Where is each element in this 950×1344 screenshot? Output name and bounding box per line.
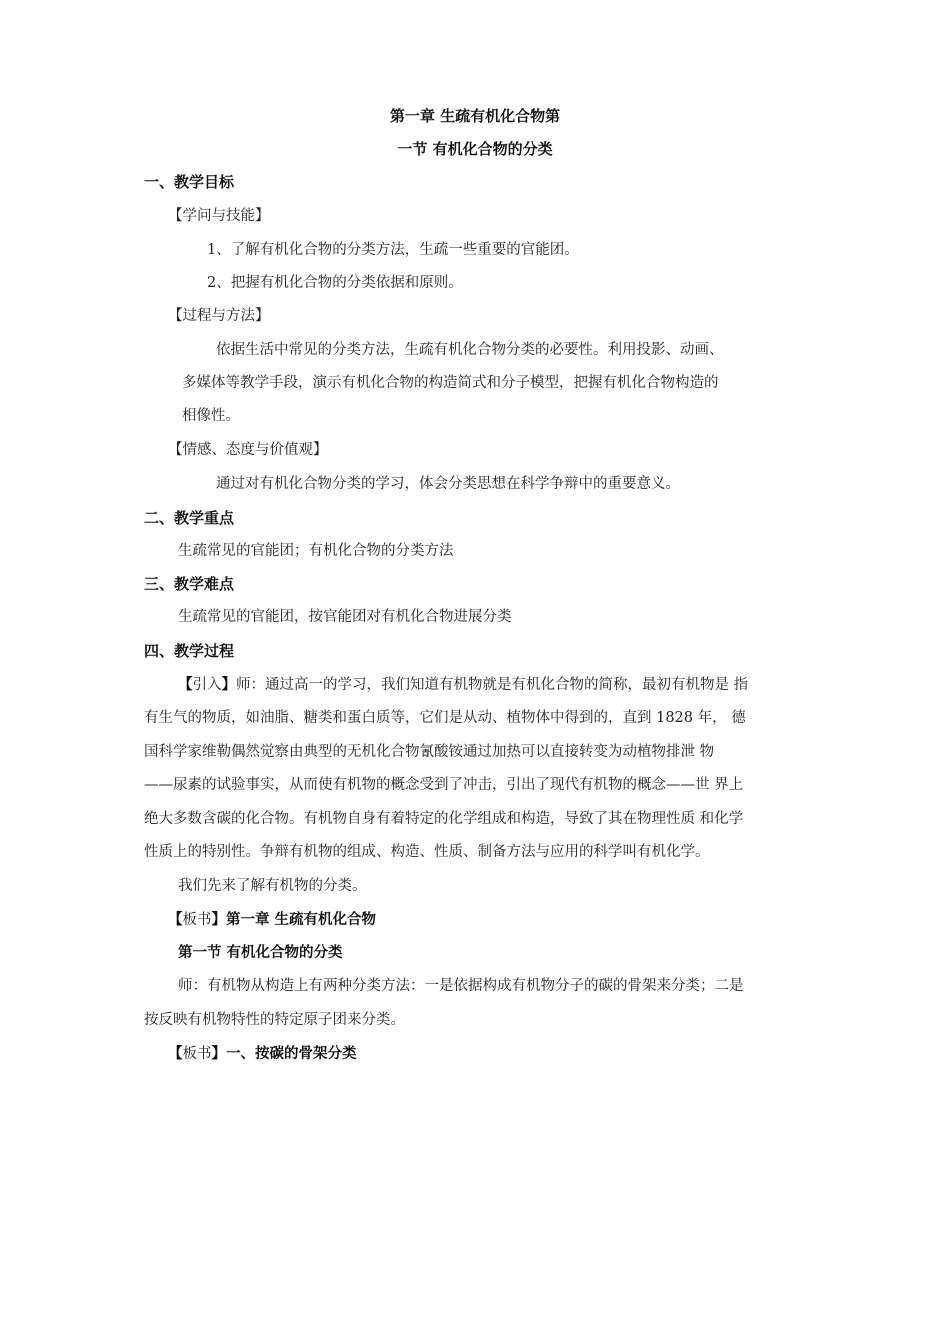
- intro-paragraph-line-3: 国科学家维勒偶然觉察由典型的无机化合物氰酸铵通过加热可以直接转变为动植物排泄 物: [144, 742, 714, 762]
- heading-difficulties: 三、教学难点: [144, 574, 234, 594]
- intro-paragraph-line-5: 绝大多数含碳的化合物。有机物自身有着特定的化学组成和构造，导致了其在物理性质 和…: [144, 809, 743, 829]
- label-process-methods: 【过程与方法】: [168, 306, 270, 326]
- board2-bracket-close: 】: [212, 1045, 227, 1062]
- intro-paragraph-line-4: ——尿素的试验事实，从而使有机物的概念受到了冲击，引出了现代有机物的概念——世 …: [144, 775, 743, 795]
- board1-bracket-open: 【: [168, 911, 183, 928]
- emotion-text: 通过对有机化合物分类的学习，体会分类思想在科学争辩中的重要意义。: [216, 474, 680, 494]
- board2-label: 板书: [183, 1046, 212, 1062]
- label-knowledge-skills: 【学问与技能】: [168, 206, 270, 226]
- teacher-line-2: 按反映有机物特性的特定原子团来分类。: [144, 1010, 405, 1030]
- process-line-1: 依据生活中常见的分类方法，生疏有机化合物分类的必要性。利用投影、动画、: [216, 340, 724, 360]
- key-points-text: 生疏常见的官能团；有机化合物的分类方法: [178, 541, 454, 561]
- section-title: 一节 有机化合物的分类: [0, 139, 950, 159]
- intro-text-1: 师：通过高一的学习，我们知道有机物就是有机化合物的简称，最初有机物是 指: [236, 677, 748, 693]
- board1-bracket-close: 】: [212, 911, 227, 928]
- knowledge-item-2: 2、把握有机化合物的分类依据和原则。: [207, 273, 463, 293]
- chapter-title: 第一章 生疏有机化合物第: [0, 106, 950, 126]
- heading-teaching-goals: 一、教学目标: [144, 172, 234, 192]
- board2-bracket-open: 【: [168, 1045, 183, 1062]
- intro-paragraph-line-2: 有生气的物质，如油脂、糖类和蛋白质等，它们是从动、植物体中得到的，直到 1828…: [144, 708, 746, 728]
- board1-text: 第一章 生疏有机化合物: [226, 912, 376, 928]
- intro-paragraph-line-1: 【引入】师：通过高一的学习，我们知道有机物就是有机化合物的简称，最初有机物是 指: [178, 675, 748, 695]
- intro-bracket-open: 【: [178, 676, 193, 693]
- board-note-2: 【板书】一、按碳的骨架分类: [168, 1044, 357, 1064]
- heading-key-points: 二、教学重点: [144, 508, 234, 528]
- intro-bracket-close: 】: [222, 676, 237, 693]
- intro-paragraph-line-6: 性质上的特别性。争辩有机物的组成、构造、性质、制备方法与应用的科学叫有机化学。: [144, 842, 710, 862]
- difficulties-text: 生疏常见的官能团，按官能团对有机化合物进展分类: [178, 607, 512, 627]
- process-line-2: 多媒体等教学手段，演示有机化合物的构造简式和分子模型，把握有机化合物构造的: [182, 373, 719, 393]
- board-note-1-subtitle: 第一节 有机化合物的分类: [178, 943, 343, 963]
- board2-text: 一、按碳的骨架分类: [226, 1046, 357, 1062]
- teacher-line-1: 师：有机物从构造上有两种分类方法：一是依据构成有机物分子的碳的骨架来分类；二是: [178, 976, 744, 996]
- label-emotion-values: 【情感、态度与价值观】: [168, 440, 328, 460]
- intro-closing-line: 我们先来了解有机物的分类。: [178, 876, 367, 896]
- intro-label: 引入: [193, 677, 222, 693]
- board-note-1: 【板书】第一章 生疏有机化合物: [168, 910, 376, 930]
- board1-label: 板书: [183, 912, 212, 928]
- heading-teaching-process: 四、教学过程: [144, 641, 234, 661]
- document-page: 第一章 生疏有机化合物第 一节 有机化合物的分类 一、教学目标 【学问与技能】 …: [0, 0, 950, 1344]
- knowledge-item-1: 1、了解有机化合物的分类方法，生疏一些重要的官能团。: [207, 240, 579, 260]
- process-line-3: 相像性。: [182, 406, 240, 426]
